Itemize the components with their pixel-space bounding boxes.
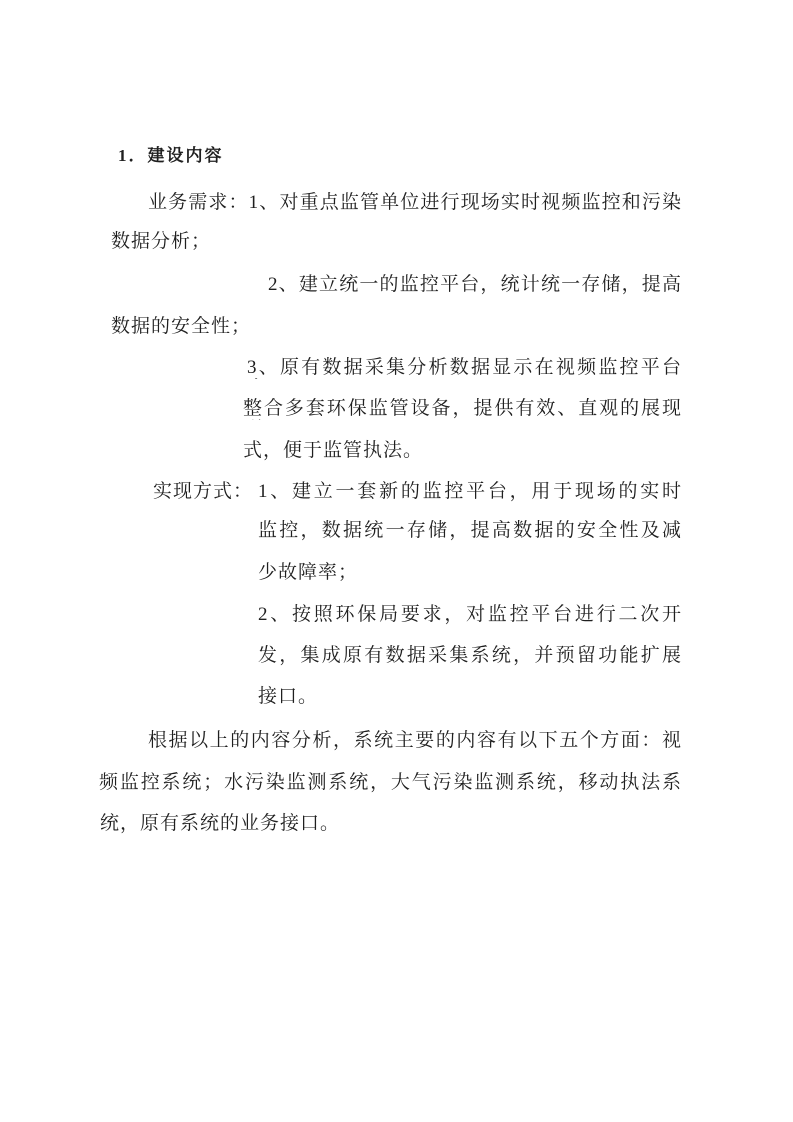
text-line-implementation-2b: 发，集成原有数据采集系统，并预留功能扩展 [258, 645, 682, 667]
text-line-summary-b: 频监控系统；水污染监测系统，大气污染监测系统，移动执法系 [99, 772, 682, 794]
text-line-summary-c: 统，原有系统的业务接口。 [100, 813, 340, 834]
text-line-implementation-label: 实现方式： [153, 481, 253, 502]
text-line-requirements-2a: 2、建立统一的监控平台，统计统一存储，提高 [268, 274, 682, 296]
text-line-implementation-2c: 接口。 [258, 686, 318, 707]
text-line-summary-a: 根据以上的内容分析，系统主要的内容有以下五个方面：视 [148, 730, 682, 752]
text-line-implementation-1c: 少故障率； [258, 562, 358, 583]
text-line-requirements-3b: 整合多套环保监管设备，提供有效、直观的展现形 [243, 398, 682, 420]
text-line-requirements-3c: 式，便于监管执法。 [243, 440, 423, 461]
text-line-requirements-3a: 3、原有数据采集分析数据显示在视频监控平台上， [247, 357, 682, 379]
section-heading: 1．建设内容 [118, 141, 224, 166]
text-line-requirements-1b: 数据分析； [111, 231, 211, 252]
text-line-implementation-1a: 1、建立一套新的监控平台，用于现场的实时 [258, 481, 682, 503]
text-line-requirements-1a: 业务需求：1、对重点监管单位进行现场实时视频监控和污染 [148, 192, 682, 214]
text-line-implementation-1b: 监控，数据统一存储，提高数据的安全性及减 [258, 520, 682, 542]
document-page: 1．建设内容 业务需求：1、对重点监管单位进行现场实时视频监控和污染 数据分析；… [0, 0, 793, 1122]
text-line-implementation-2a: 2、按照环保局要求，对监控平台进行二次开 [258, 604, 682, 626]
text-line-requirements-2b: 数据的安全性； [111, 316, 251, 337]
